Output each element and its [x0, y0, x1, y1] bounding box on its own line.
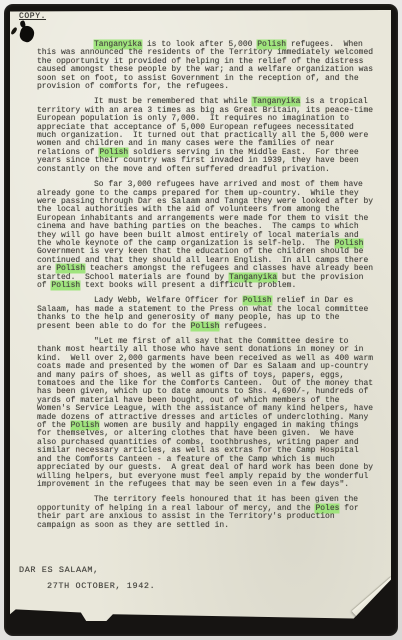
text-run: text books will present a difficult prob… [80, 281, 296, 290]
paragraph: Tanganyika is to look after 5,000 Polish… [37, 41, 374, 91]
document-body: Tanganyika is to look after 5,000 Polish… [37, 41, 374, 537]
ink-mark [10, 27, 17, 36]
scan-background: COPY. Tanganyika is to look after 5,000 … [0, 0, 402, 640]
paragraph: "Let me first of all say that the Commit… [37, 338, 374, 489]
text-run: refugees. [219, 322, 267, 331]
document-page: COPY. Tanganyika is to look after 5,000 … [10, 10, 391, 621]
folded-corner [351, 576, 397, 618]
paragraph: The territory feels honoured that it has… [37, 496, 374, 530]
highlighted-term: Polish [191, 322, 220, 331]
photo-frame: COPY. Tanganyika is to look after 5,000 … [4, 4, 398, 636]
footer-date: 27TH OCTOBER, 1942. [47, 581, 155, 591]
text-run: So far 3,000 refugees have arrived and m… [37, 180, 378, 248]
text-run: "Let me first of all say that the Commit… [37, 337, 378, 430]
highlighted-term: Polish [51, 281, 80, 290]
paragraph: So far 3,000 refugees have arrived and m… [37, 181, 374, 290]
paragraph: Lady Webb, Welfare Officer for Polish re… [37, 297, 374, 331]
text-run: women are busily and happily engaged in … [37, 421, 378, 489]
text-run: The territory feels honoured that it has… [37, 495, 363, 512]
footer-location: DAR ES SALAAM, [19, 565, 99, 575]
text-run: refugees. When this was announced the re… [37, 40, 378, 91]
paragraph: It must be remembered that while Tangany… [37, 98, 374, 174]
ink-blot [18, 25, 35, 44]
